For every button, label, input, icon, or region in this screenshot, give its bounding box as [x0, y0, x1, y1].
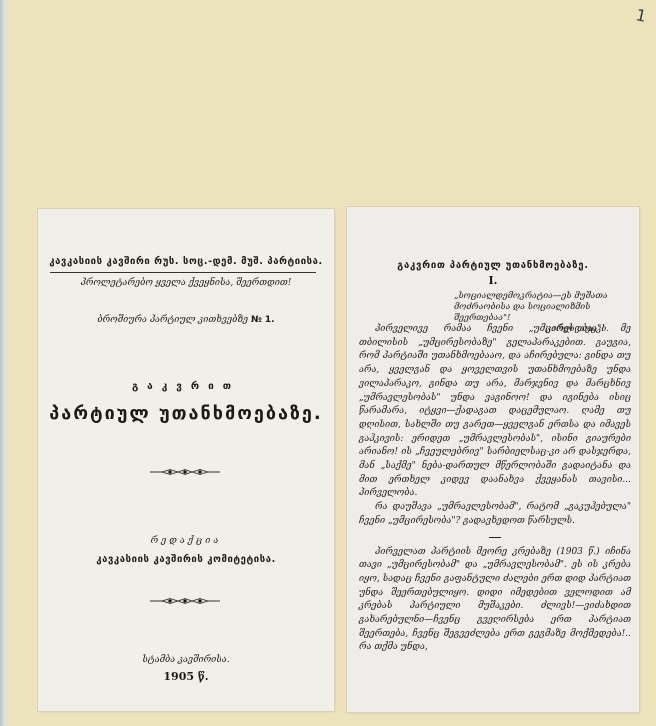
- page-marker: 1: [634, 5, 648, 26]
- album-binding-edge: [0, 0, 8, 726]
- cover-title: პარტიულ უთანხმოებაზე.: [38, 403, 334, 424]
- cover-series: ბროშიურა პარტიულ კითხვებზე № 1.: [38, 315, 334, 325]
- cover-subtitle: გაკვრით: [38, 381, 334, 392]
- cover-committee: კავკასიის კავშირის კომიტეტისა.: [38, 554, 334, 565]
- cover-slogan: პროლეტარებო ყველა ქვეყნისა, შეერთდით!: [38, 278, 334, 288]
- epigraph-quote: „სოციალდემოკრატია—ეს მუშათა მოძრაობისა დ…: [454, 291, 631, 324]
- paragraph: რა დაუშავა „უმრავლესობამ", რატომ „გაკუჰე…: [359, 501, 631, 528]
- section-number: I.: [347, 274, 639, 287]
- ornament-divider-icon: [150, 597, 220, 605]
- cover-series-number: № 1.: [251, 315, 275, 325]
- article-body: პირველივე რამაა ჩვენი „უმცირესობაა"! მე …: [359, 323, 631, 655]
- section-separator: [489, 537, 501, 538]
- cover-divider-rule: [50, 272, 316, 273]
- ornament-divider-icon: [150, 468, 220, 476]
- article-title: გაკვრით პარტიულ უთანხმოებაზე.: [347, 260, 639, 271]
- cover-editorial-label: რედაქცია: [38, 536, 334, 546]
- cover-printer: სტამბა კავშირისა.: [38, 655, 334, 665]
- brochure-cover: კავკასიის კავშირი რუს. სოც.-დემ. მუშ. პა…: [38, 209, 334, 711]
- paragraph: პირველათ პარტიის მეორე კრებაზე (1903 წ.)…: [359, 546, 631, 656]
- brochure-text-page: გაკვრით პარტიულ უთანხმოებაზე. I. „სოციალ…: [347, 207, 639, 712]
- cover-year: 1905 წ.: [38, 670, 334, 683]
- cover-series-label: ბროშიურა პარტიულ კითხვებზე: [97, 315, 248, 325]
- cover-header: კავკასიის კავშირი რუს. სოც.-დემ. მუშ. პა…: [38, 256, 334, 267]
- paragraph: პირველივე რამაა ჩვენი „უმცირესობაა"! მე …: [359, 323, 631, 501]
